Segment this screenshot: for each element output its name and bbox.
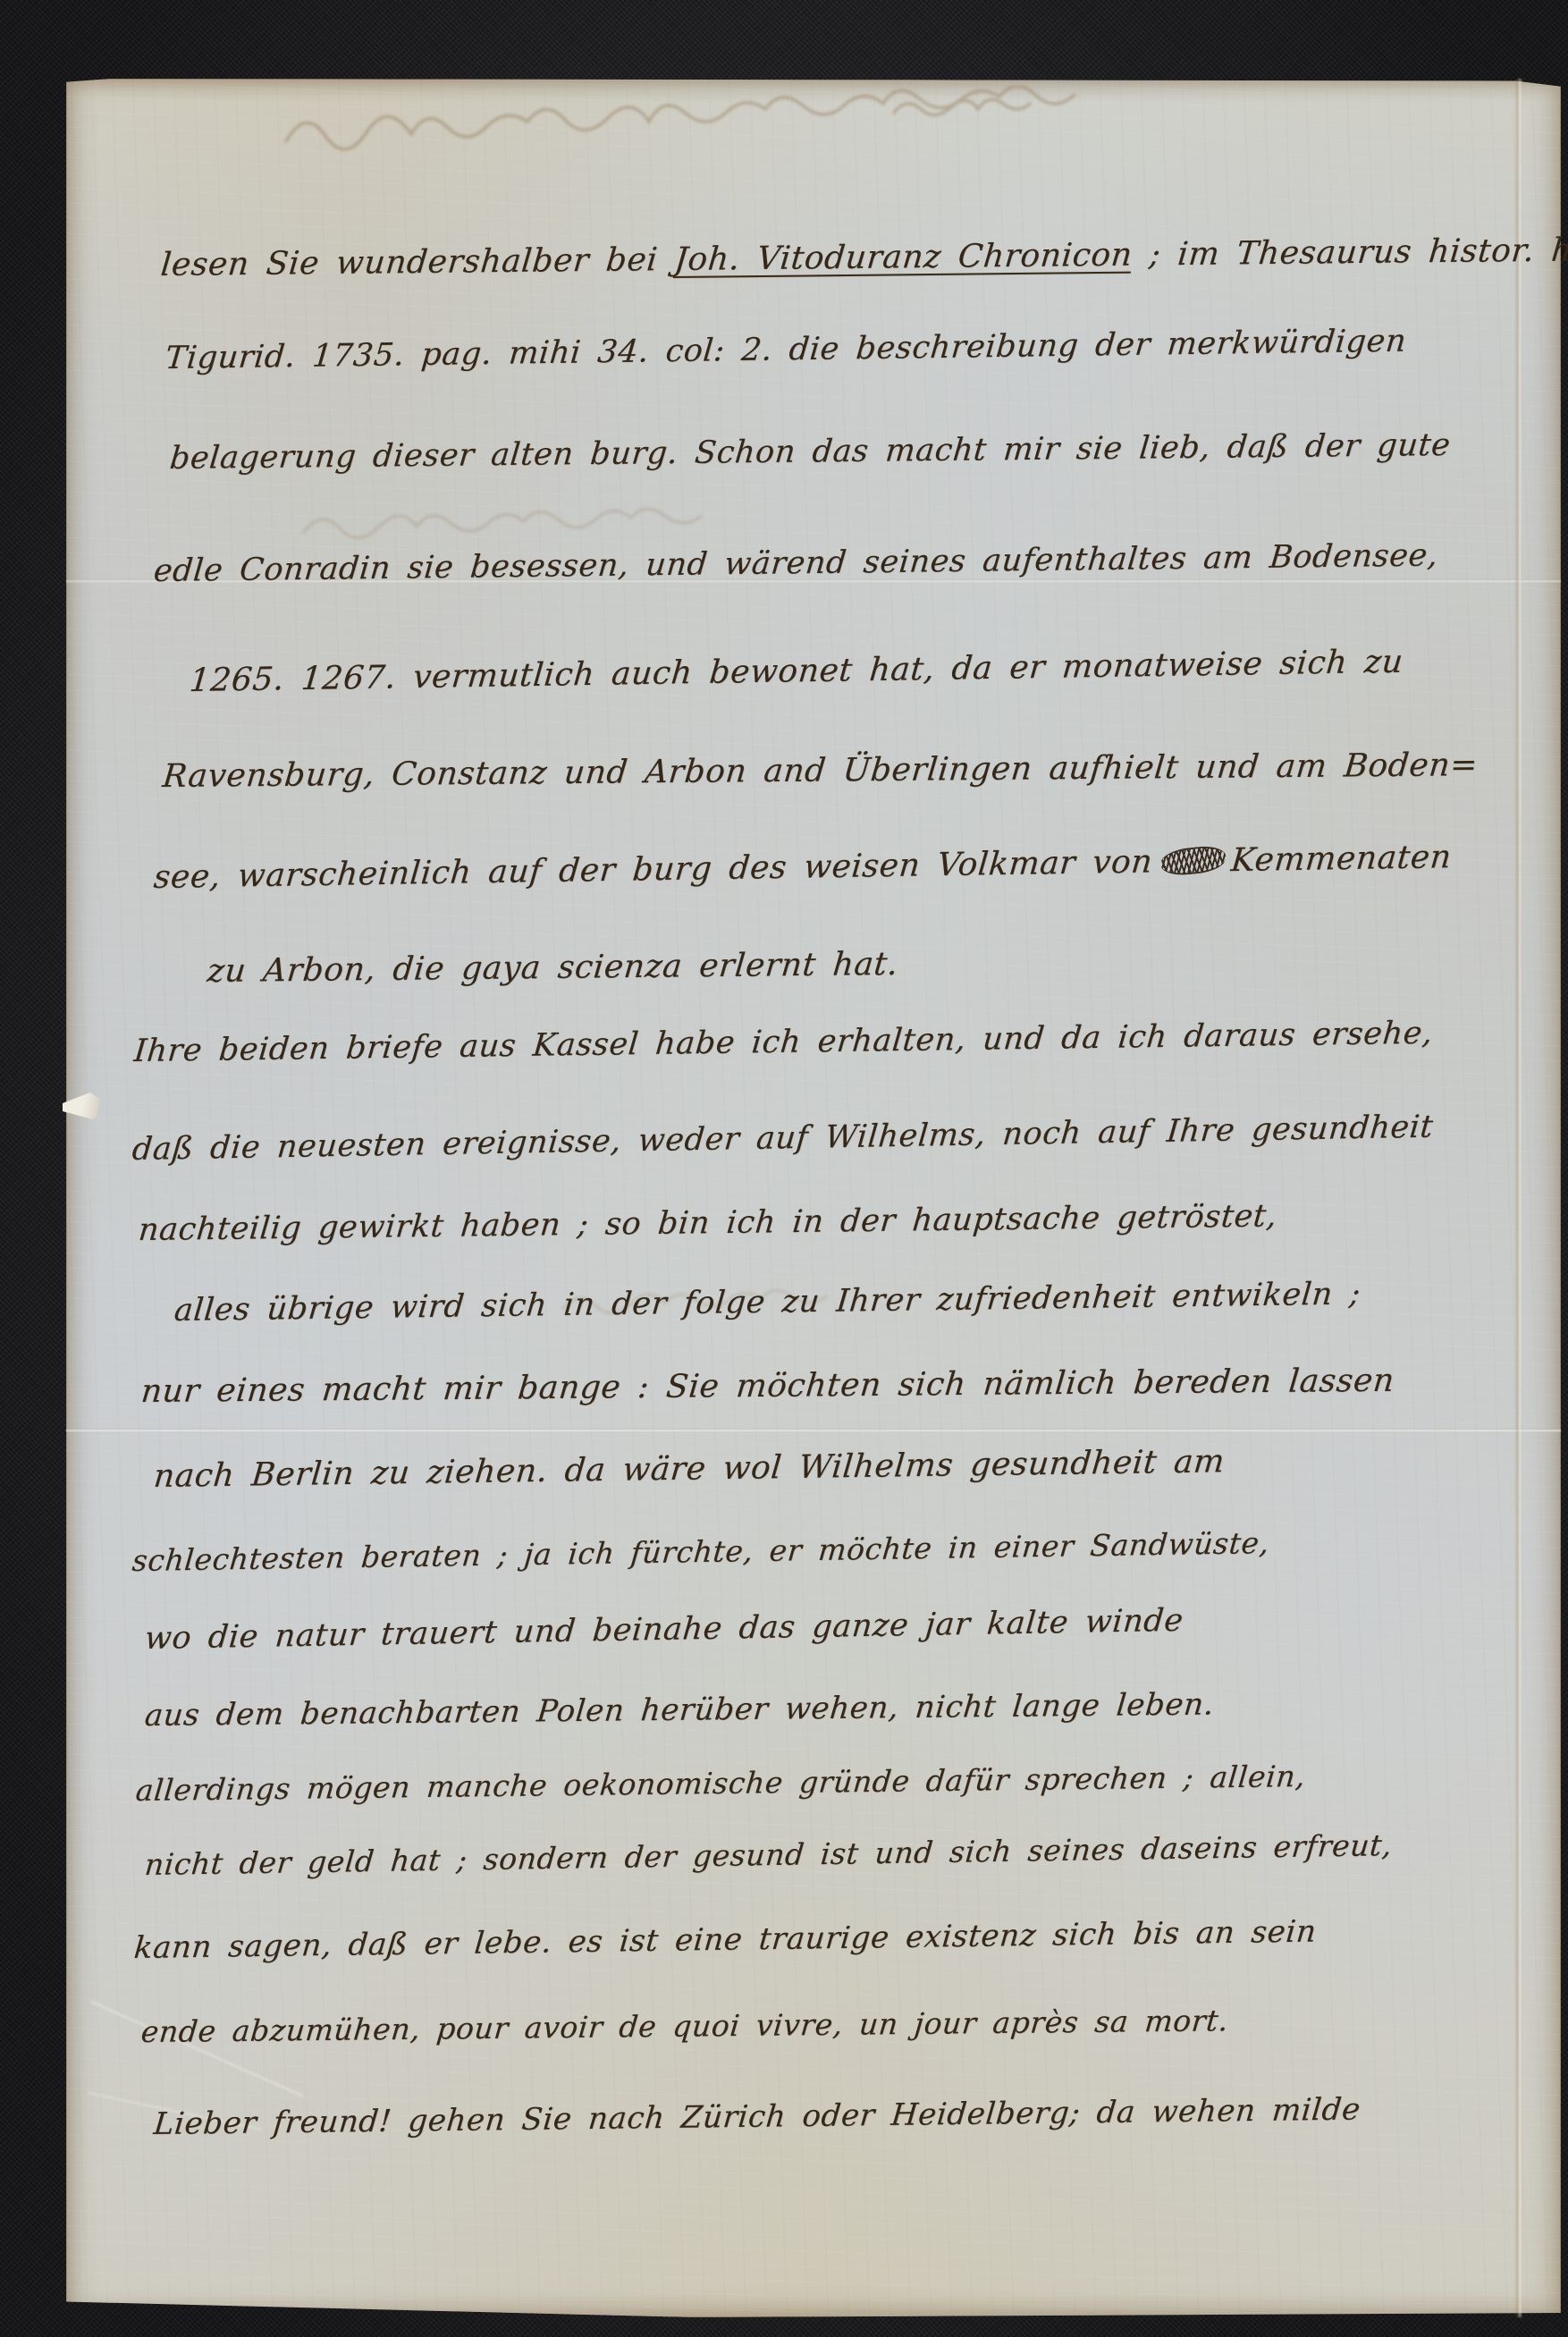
scribbled-out-word [1161,844,1226,877]
handwritten-text: zu Arbon, die gaya scienza erlernt hat. [206,946,900,990]
handwritten-line: Lieber freund! gehen Sie nach Zürich ode… [152,2091,1362,2142]
handwritten-text: ende abzumühen, pour avoir de quoi vivre… [139,2003,1230,2049]
handwritten-text: lesen Sie wundershalber bei [159,241,676,283]
handwritten-text: daß die neuesten ereignisse, weder auf W… [131,1109,1435,1168]
handwritten-line: belagerung dieser alten burg. Schon das … [168,427,1452,477]
handwritten-text: ; im Thesaurus histor. helvet. [1131,231,1568,273]
photo-background: lesen Sie wundershalber bei Joh. Vitodur… [0,0,1568,2337]
handwritten-line: wo die natur trauert und beinahe das gan… [143,1603,1184,1657]
letter-lines: lesen Sie wundershalber bei Joh. Vitodur… [0,0,1568,2337]
handwritten-text: see, warscheinlich auf der burg des weis… [152,843,1154,896]
handwritten-text: Lieber freund! gehen Sie nach Zürich ode… [152,2091,1362,2142]
handwritten-line: Ravensburg, Constanz und Arbon and Überl… [161,747,1479,795]
handwritten-text: nicht der geld hat ; sondern der gesund … [143,1827,1394,1882]
handwritten-text: belagerung dieser alten burg. Schon das … [168,427,1452,477]
handwritten-line: nicht der geld hat ; sondern der gesund … [143,1827,1394,1882]
handwritten-line: zu Arbon, die gaya scienza erlernt hat. [206,946,900,990]
handwritten-text: alles übrige wird sich in der folge zu I… [173,1276,1362,1329]
handwritten-line: edle Conradin sie besessen, und wärend s… [152,537,1439,589]
handwritten-text: wo die natur trauert und beinahe das gan… [143,1603,1184,1657]
handwritten-text: Ravensburg, Constanz und Arbon and Überl… [161,747,1479,795]
handwritten-line: Tigurid. 1735. pag. mihi 34. col: 2. die… [164,324,1408,376]
handwritten-text: Joh. Vitoduranz Chronicon [673,237,1134,278]
handwritten-text: nachteilig gewirkt haben ; so bin ich in… [137,1198,1278,1248]
handwritten-line: alles übrige wird sich in der folge zu I… [173,1276,1362,1329]
handwritten-text: nach Berlin zu ziehen. da wäre wol Wilhe… [152,1443,1227,1495]
handwritten-text: kann sagen, daß er lebe. es ist eine tra… [132,1914,1318,1967]
handwritten-line: kann sagen, daß er lebe. es ist eine tra… [132,1914,1318,1967]
handwritten-line: allerdings mögen manche oekonomische grü… [134,1759,1307,1808]
handwritten-line: aus dem benachbarten Polen herüber wehen… [143,1686,1216,1734]
handwritten-text: aus dem benachbarten Polen herüber wehen… [143,1686,1216,1734]
handwritten-line: 1265. 1267. vermutlich auch bewonet hat,… [188,644,1404,699]
handwritten-line: nur eines macht mir bange : Sie möchten … [139,1363,1396,1410]
handwritten-text: Kemmenaten [1229,839,1453,879]
handwritten-text: edle Conradin sie besessen, und wärend s… [152,537,1439,589]
handwritten-text: Tigurid. 1735. pag. mihi 34. col: 2. die… [164,324,1408,376]
handwritten-line: nachteilig gewirkt haben ; so bin ich in… [137,1198,1278,1248]
handwritten-line: nach Berlin zu ziehen. da wäre wol Wilhe… [152,1443,1227,1495]
handwritten-line: ende abzumühen, pour avoir de quoi vivre… [139,2003,1230,2049]
handwritten-line: see, warscheinlich auf der burg des weis… [152,839,1453,896]
handwritten-line: lesen Sie wundershalber bei Joh. Vitodur… [159,231,1568,283]
handwritten-text: schlechtesten beraten ; ja ich fürchte, … [131,1525,1270,1578]
handwritten-line: schlechtesten beraten ; ja ich fürchte, … [131,1525,1270,1578]
handwritten-text: 1265. 1267. vermutlich auch bewonet hat,… [188,644,1404,699]
handwritten-text: nur eines macht mir bange : Sie möchten … [139,1363,1396,1410]
handwritten-text: allerdings mögen manche oekonomische grü… [134,1759,1307,1808]
handwritten-text: Ihre beiden briefe aus Kassel habe ich e… [132,1016,1434,1069]
handwritten-line: daß die neuesten ereignisse, weder auf W… [131,1109,1435,1168]
handwritten-line: Ihre beiden briefe aus Kassel habe ich e… [132,1016,1434,1069]
